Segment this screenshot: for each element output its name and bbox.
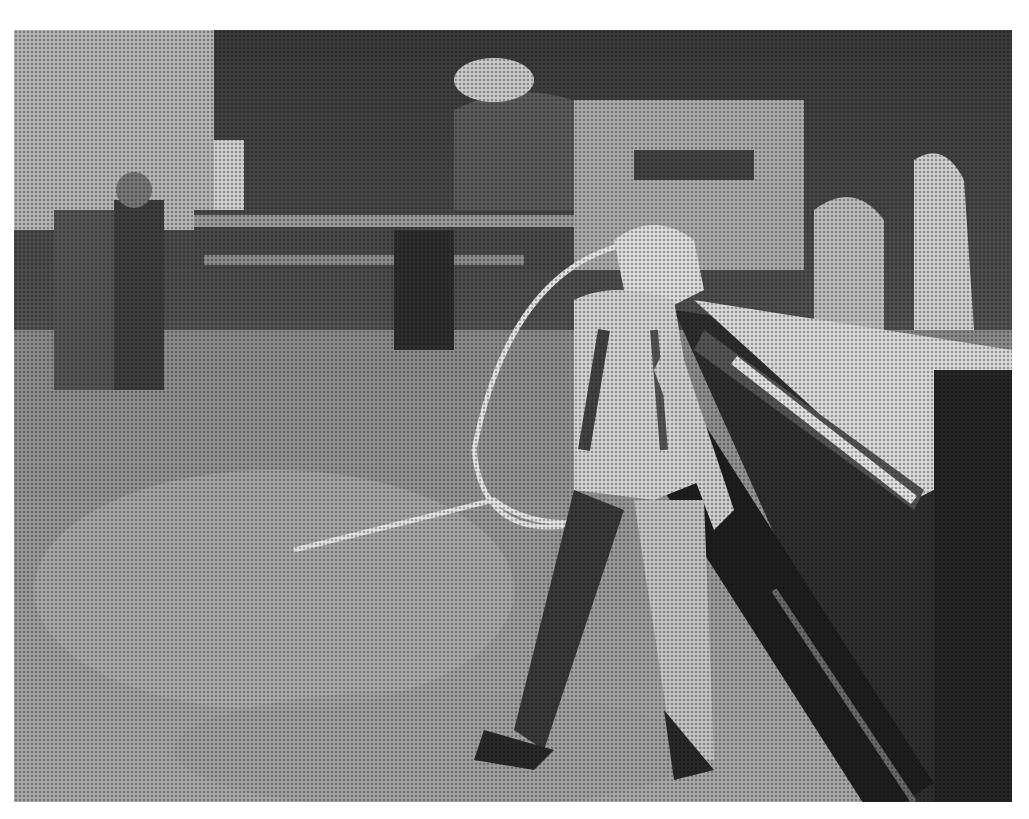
- halftone-photo: Black-and-white newsprint photo of a per…: [14, 30, 1012, 802]
- photo-scene: [14, 30, 1012, 802]
